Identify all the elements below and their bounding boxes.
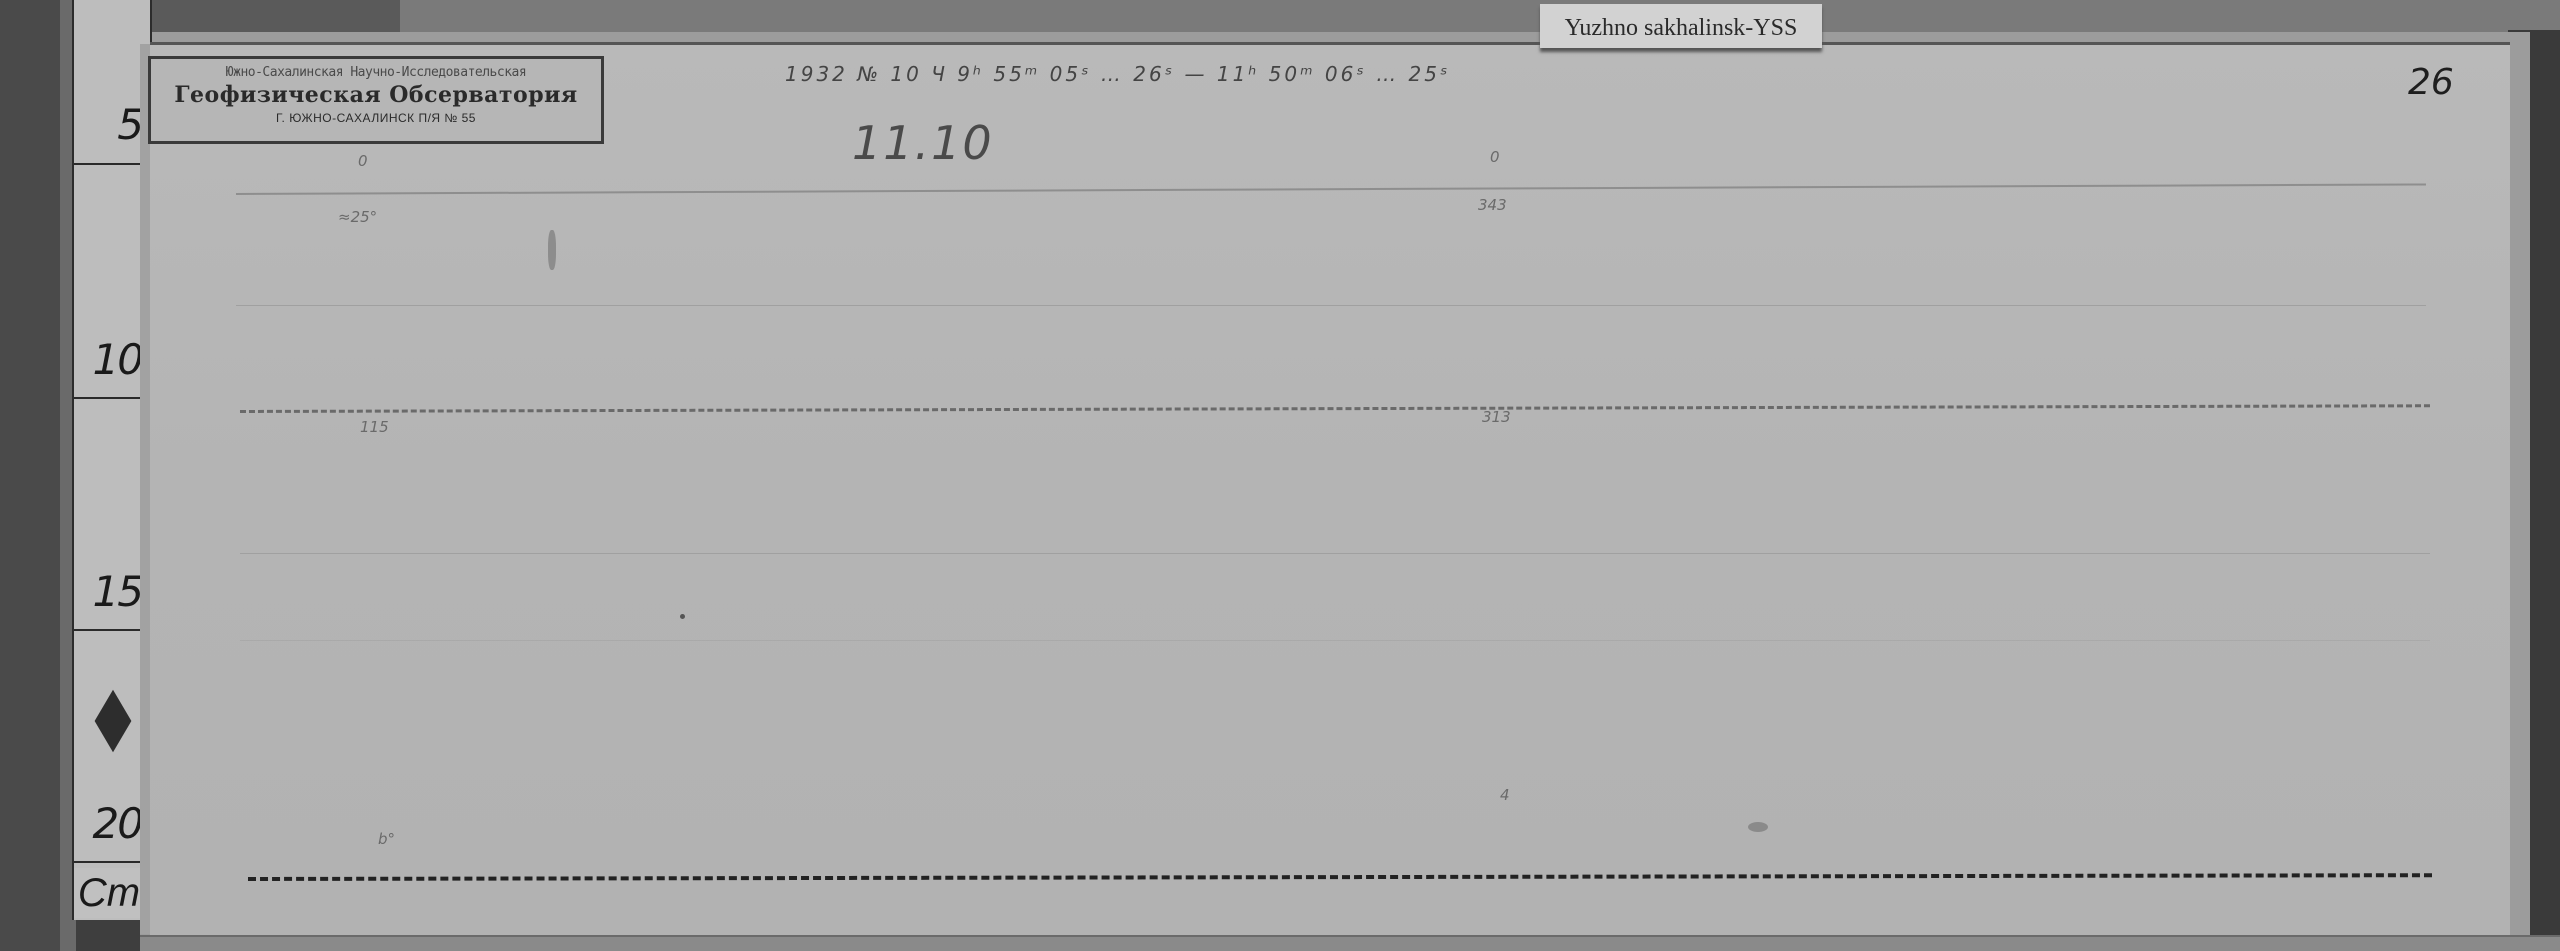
trace-annotation: b° [378,830,395,848]
ruler-mark-10: 10 [93,335,142,384]
stamp-line-2: Геофизическая Обсерватория [151,82,601,108]
bottom-edge [140,935,2560,951]
handwritten-date: 11.10 [852,116,994,170]
stamp-line-1: Южно-Сахалинская Научно-Исследовательска… [151,65,601,80]
trace-annotation: ≈25° [338,208,377,226]
trace-annotation: 115 [360,418,389,436]
ruler-mark-20: 20 [93,799,142,848]
trace-annotation: 0 [358,152,368,170]
trace-annotation: 343 [1478,196,1507,214]
station-label: Yuzhno sakhalinsk-YSS [1540,4,1822,48]
ruler-unit-label: Cm [74,868,144,918]
paper-smudge [1748,822,1768,832]
trace-annotation: 4 [1500,786,1510,804]
trace-line-3 [240,553,2430,554]
ruler-segment-15: 15 [74,399,150,631]
ruler-segment-5: 5 [74,0,150,165]
paper-smudge [548,230,556,270]
page-number: 26 [2408,62,2454,103]
trace-annotation: 313 [1482,408,1511,426]
seismogram-sheet [150,42,2510,937]
ruler-segment-10: 10 [74,165,150,399]
paper-speck [680,614,685,619]
observatory-stamp: Южно-Сахалинская Научно-Исследовательска… [148,56,604,144]
trace-line-3b [240,640,2430,641]
ruler-mark-5: 5 [117,100,142,149]
trace-annotation: 0 [1490,148,1500,166]
ruler-mark-15: 15 [93,567,142,616]
handwritten-header: 1932 № 10 Ч 9ʰ 55ᵐ 05ˢ … 26ˢ — 11ʰ 50ᵐ 0… [785,62,1450,86]
trace-line-1b [236,305,2426,306]
stamp-line-3: Г. ЮЖНО-САХАЛИНСК П/Я № 55 [151,111,601,125]
